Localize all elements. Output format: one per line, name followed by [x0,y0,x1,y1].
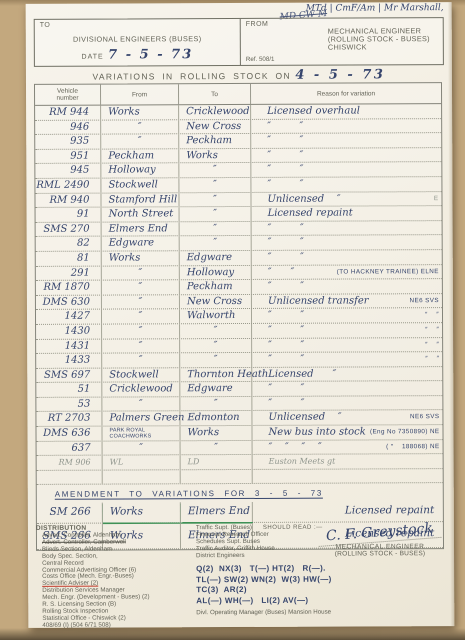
from-cell: ″ [101,120,179,134]
to-cell: ″ [180,324,252,338]
from-cell: Works [101,105,179,119]
to-cell: Edgware [180,251,252,265]
from-cell: ″ [102,295,180,309]
reason-cell: ″ ″″ ″ [252,338,442,352]
note-text: ″ ″ [425,323,439,337]
reason-cell: ″ ″ [251,162,441,176]
from-cell: North Street [102,207,180,221]
to-cell: ″ [179,163,251,177]
column-header-from: From [101,84,179,104]
distribution-item: 408/69 (I) (504 6/71 508) [36,622,188,630]
reason-cell: ″ ″ [252,381,442,395]
form-title-text: VARIATIONS IN ROLLING STOCK ON [92,71,290,82]
signatory-subtitle: (ROLLING STOCK - BUSES) [314,550,446,558]
reason-cell: ″ ″ [251,119,441,133]
reason-text: ″ ″ [267,119,303,133]
reason-text: ″ ″ [267,178,303,192]
vehicle-cell: 945 [35,164,101,178]
from-cell: ″ [102,266,180,280]
to-cell: ″ [180,222,252,236]
reason-cell: ″ ″ [251,148,441,162]
note-text: (TO HACKNEY TRAINEE) ELNE [337,265,439,279]
reason-text: ″ ″ [268,309,304,323]
vehicle-cell: SM 266 [37,503,103,523]
to-cell: Elmers End [181,502,253,522]
vehicle-cell: RM 906 [37,456,103,470]
reason-text: ″ ″ [268,338,304,352]
vehicle-cell: RT 2703 [36,412,102,426]
from-cell: Works [102,251,180,265]
reason-text: Licensed repaint [345,502,440,521]
reason-text: ″ ″ [268,280,304,294]
reason-cell: Licensed ″ [252,367,442,381]
reason-text: ″ ″ [268,353,304,367]
from-cell: Edgware [102,237,180,251]
note-text: ″ ″ [425,338,439,352]
reason-text: ″ ″ [268,251,304,265]
reason-text: ″ ″ [268,324,304,338]
vehicle-cell: 81 [36,252,102,266]
reason-text: Licensed repaint [268,207,353,221]
to-cell: ″ [180,236,252,250]
reason-cell: ″ ″″ ″ [252,352,442,366]
garage-codes: Q(2) NX(3) T(—) HT(2) R(—).TL(—) SW(2) W… [196,564,374,607]
from-cell: Stamford Hill [101,193,179,207]
reason-text: Unlicensed transfer [268,294,369,308]
reason-cell: ″ ″ [252,235,442,249]
column-header-to: To [179,84,251,104]
reason-text: Unlicensed ″ [268,411,341,425]
to-cell [181,470,253,484]
vehicle-cell: DMS 636 [36,427,102,441]
reason-cell: ″ ″ [252,279,442,293]
vehicle-cell: 935 [35,135,101,149]
footer: DISTRIBUTION Advert. Controller, Aldenha… [36,523,446,625]
from-cell: Stockwell [102,368,180,382]
to-cell: Peckham [179,134,251,148]
distribution-list: DISTRIBUTION Advert. Controller, Aldenha… [36,524,188,629]
from-cell: FROM MECHANICAL ENGINEER (ROLLING STOCK … [241,18,443,65]
vehicle-cell: RM 1870 [36,281,102,295]
from-cell: ″ [102,310,180,324]
vehicle-cell: 82 [36,237,102,251]
note-text: ″ ″ [425,308,439,322]
from-cell: PARK ROYAL COACHWORKS [102,426,180,440]
vehicle-cell: 1430 [36,325,102,339]
vehicle-cell: 53 [36,397,102,411]
reason-cell: Euston Meets gt [253,454,443,468]
to-cell: ″ [180,353,252,367]
from-cell [103,470,181,484]
amendment-row: SM 266WorksElmers EndLicensed repaint [37,502,443,525]
reason-text: ″ ″ [268,236,304,250]
to-cell: New Cross [180,295,252,309]
vehicle-cell: SMS 270 [36,222,102,236]
to-cell: Walworth [180,309,252,323]
garage-code-line: AL(—) WH(—) LI(2) AV(—) [196,595,374,606]
from-cell: ″ [102,339,180,353]
reason-cell [253,469,443,483]
to-value: DIVISIONAL ENGINEERS (BUSES) [40,34,235,44]
vehicle-cell: 1427 [36,310,102,324]
garage-code-line: Q(2) NX(3) T(—) HT(2) R(—). [196,564,374,575]
reason-text: ″ ″ [268,265,295,279]
to-cell: Cricklewood [179,105,251,119]
reason-cell: Licensed repaint [253,502,443,523]
from-cell: ″ [102,280,180,294]
reason-cell: ″ ″ ″ ″( ″ 188068) NE [253,440,443,454]
note-text: ( ″ 188068) NE [386,440,440,454]
reason-text: ″ ″ [267,149,303,163]
reason-cell: Licensed overhaul [251,104,441,118]
from-cell: Stockwell [101,178,179,192]
to-label: TO [40,21,235,29]
reason-cell: ″ ″ [252,221,442,235]
vehicle-cell: 291 [36,266,102,280]
table-header: Vehicle number From To Reason for variat… [35,83,441,106]
vehicle-cell: RM 944 [35,106,101,120]
reason-text: Unlicensed ″ [267,192,340,206]
vehicle-cell: 51 [36,383,102,397]
from-cell: Holloway [101,164,179,178]
reason-text: ″ ″ [268,397,304,411]
form-title-date: 4 - 5 - 73 [295,67,385,82]
to-cell: Edmonton [180,411,252,425]
distribution-items: Advert. Controller, AldenhamAdvert. Cont… [36,532,188,629]
date-line: DATE 7 - 5 - 73 [40,45,235,64]
garage-code-line: TL(—) SW(2) WN(2) W(3) HW(—) [196,574,374,585]
reason-cell: ″ ″″ ″ [252,308,442,322]
note-text: ″ ″ [425,352,439,366]
reason-cell: Unlicensed ″NE6 SVS [252,411,442,425]
from-cell: Cricklewood [102,383,180,397]
reason-text: ″ ″ ″ ″ [269,440,322,454]
from-line: CHISWICK [328,43,438,52]
from-cell: WL [103,456,181,470]
to-cell: ″ [181,441,253,455]
to-cell: LD [181,455,253,469]
address-box: TO DIVISIONAL ENGINEERS (BUSES) DATE 7 -… [34,17,444,67]
from-cell: Palmers Green [102,412,180,426]
to-cell: ″ [180,338,252,352]
reason-text: Euston Meets gt [269,455,336,469]
note-text: (Eng No 7350890) NE [370,425,440,439]
to-cell: Works [179,149,251,163]
vehicle-cell: 951 [35,149,101,163]
to-cell: Works [180,426,252,440]
from-cell: Elmers End [102,222,180,236]
to-cell: Holloway [180,265,252,279]
vehicle-cell: 91 [36,208,102,222]
reason-cell: Unlicensed ″E [251,192,441,206]
note-text: E [434,192,439,206]
vehicle-cell: RM 940 [35,193,101,207]
to-cell: Thornton Heath [180,368,252,382]
vehicle-cell: 946 [35,120,101,134]
from-cell: Works [103,503,181,523]
to-cell: Peckham [180,280,252,294]
variations-table: Vehicle number From To Reason for variat… [34,82,444,551]
to-cell: ″ [180,397,252,411]
note-text: NE6 SVS [410,411,439,425]
to-cell: New Cross [179,120,251,134]
garage-code-line: TC(3) AR(2) [196,585,374,596]
reason-cell: ″ ″ [252,396,442,410]
reason-text: ″ ″ [268,221,304,235]
reason-text: ″ ″ [267,134,303,148]
reason-text: ″ ″ [267,163,303,177]
from-cell: ″ [103,441,181,455]
from-cell: ″ [102,324,180,338]
to-cell: ″ [179,178,251,192]
reason-cell: ″ ″ [251,133,441,147]
reason-cell: New bus into stock(Eng No 7350890) NE [252,425,442,439]
date-value: 7 - 5 - 73 [108,47,193,62]
date-label: DATE [82,54,104,61]
vehicle-cell: DMS 630 [36,295,102,309]
from-cell: ″ [102,397,180,411]
reason-cell: ″ ″ [252,250,442,264]
vehicle-cell: 1431 [36,339,102,353]
from-cell: ″ [102,353,180,367]
to-cell: ″ [179,193,251,207]
reference-number: Ref. 508/1 [246,56,275,63]
from-cell: ″ [101,134,179,148]
vehicle-cell: 1433 [36,354,102,368]
column-header-reason: Reason for variation [251,83,441,104]
signature-block: C. F. Greystock MECHANICAL ENGINEER (ROL… [314,523,446,558]
vehicle-cell [37,470,103,484]
vehicle-cell: RML 2490 [35,179,101,193]
from-cell: Peckham [101,149,179,163]
reason-cell: Unlicensed transferNE6 SVS [252,294,442,308]
reason-cell: ″ ″ [251,177,441,191]
vehicle-cell: SMS 697 [36,368,102,382]
reason-text: ″ ″ [268,382,304,396]
reason-cell: ″ ″″ ″ [252,323,442,337]
note-text: NE6 SVS [410,294,439,308]
to-cell: TO DIVISIONAL ENGINEERS (BUSES) DATE 7 -… [35,19,241,66]
to-cell: Edgware [180,382,252,396]
vehicle-cell: 637 [37,441,103,455]
reason-text: New bus into stock [268,426,365,440]
column-header-vehicle: Vehicle number [35,85,101,105]
table-body: RM 944WorksCricklewoodLicensed overhaul9… [35,104,443,550]
amendment-heading-row: AMENDMENT TO VARIATIONS FOR 3 - 5 - 73 [37,484,443,504]
from-address: MECHANICAL ENGINEER (ROLLING STOCK - BUS… [328,27,438,52]
reason-text: Licensed overhaul [267,104,360,118]
divisional-manager-line: Divl. Operating Manager (Buses) Mansion … [196,609,374,617]
reason-text: Licensed ″ [268,367,336,381]
to-cell: ″ [180,207,252,221]
reason-cell: Licensed repaint [252,206,442,220]
scanned-document-background: { "annotations": { "line1": "MTd | CmF/A… [0,0,465,640]
scanned-form: MTd | CmF/Am | Mr Marshall, MD CW M TO D… [26,2,455,628]
reason-cell: ″ ″(TO HACKNEY TRAINEE) ELNE [252,265,442,279]
